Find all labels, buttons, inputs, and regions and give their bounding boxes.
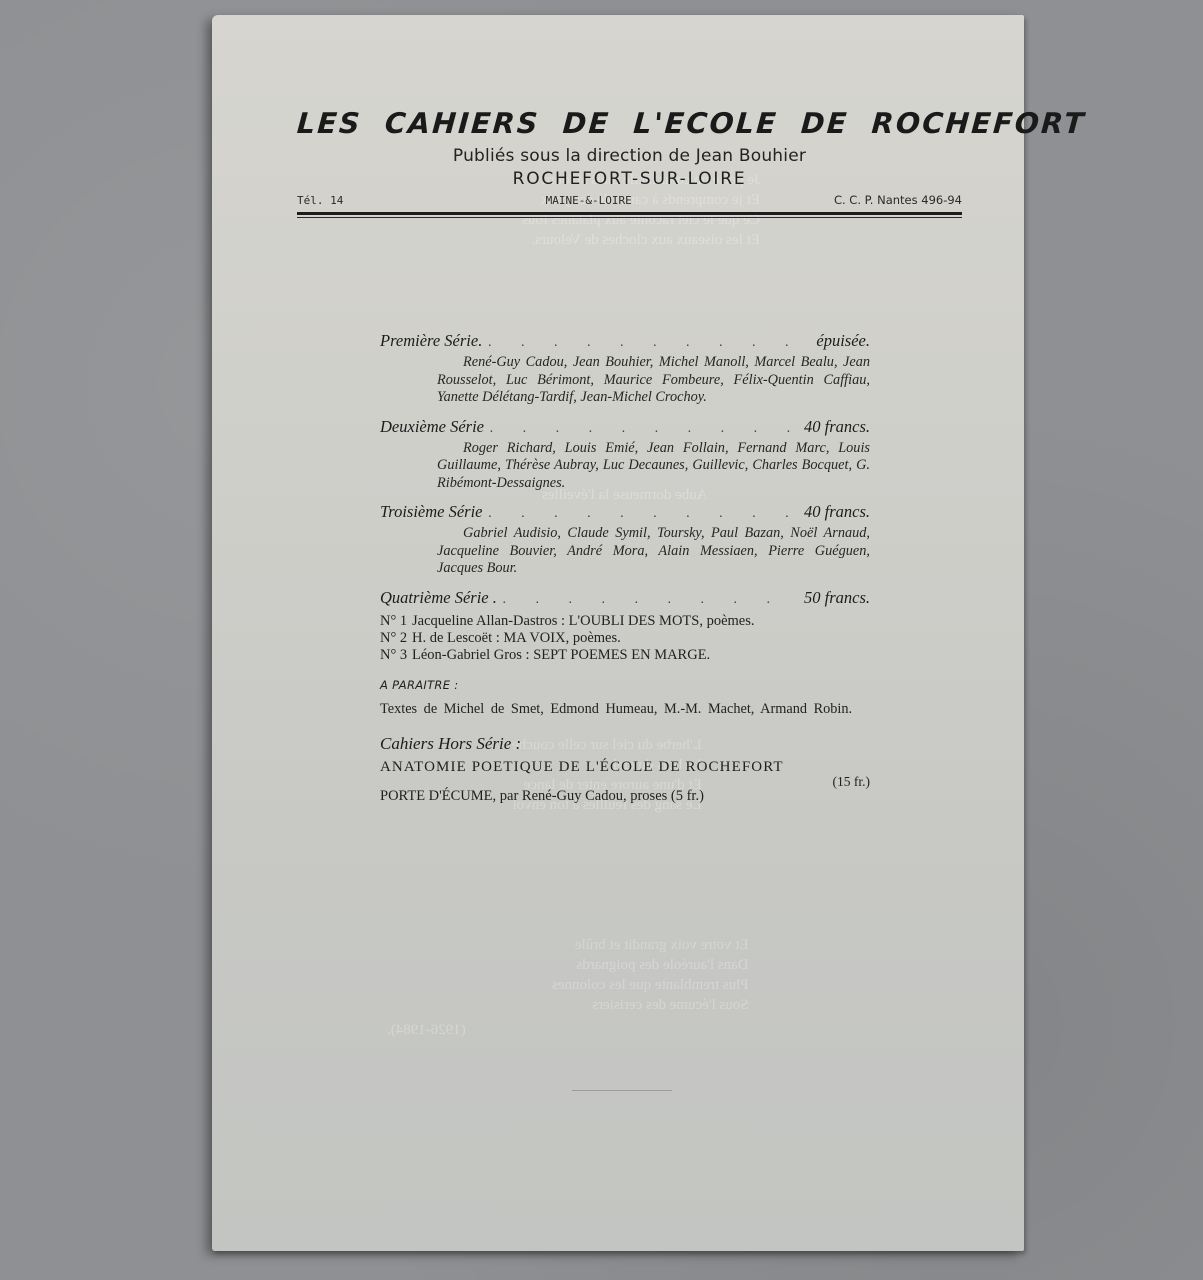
issue-item: N° 1 Jacqueline Allan-Dastros : L'OUBLI … — [380, 613, 870, 630]
series-authors: René-Guy Cadou, Jean Bouhier, Michel Man… — [380, 354, 870, 407]
series-price: épuisée. — [816, 331, 870, 351]
issue-item: N° 3 Léon-Gabriel Gros : SEPT POEMES EN … — [380, 647, 870, 664]
hors-serie-heading: Cahiers Hors Série : — [380, 734, 870, 754]
series-heading: Deuxième Série . . . . . . . . . . . . .… — [380, 417, 870, 437]
series-price: 50 francs. — [804, 588, 870, 608]
header-rule-thick — [297, 212, 962, 215]
series-heading: Première Série. . . . . . . . . . . . . … — [380, 331, 870, 351]
hors-serie-price: (15 fr.) — [380, 775, 870, 788]
hors-serie-section: Cahiers Hors Série : ANATOMIE POETIQUE D… — [380, 734, 870, 805]
hors-serie-item: PORTE D'ÉCUME, par René-Guy Cadou, prose… — [380, 788, 870, 805]
series-4: Quatrième Série . . . . . . . . . . . . … — [380, 588, 870, 664]
journal-title: LES CAHIERS DE L'ECOLE DE ROCHEFORT — [296, 107, 963, 140]
series-name: Deuxième Série — [380, 417, 484, 437]
series-name: Première Série. — [380, 331, 482, 351]
issue-number: N° 2 — [380, 630, 412, 647]
header-rule-thin — [297, 217, 962, 218]
upcoming-authors: Textes de Michel de Smet, Edmond Humeau,… — [380, 701, 870, 718]
series-price: 40 francs. — [804, 417, 870, 437]
series-name: Quatrième Série . — [380, 588, 497, 608]
upcoming-section: A PARAITRE : Textes de Michel de Smet, E… — [380, 678, 870, 718]
bleed-through-text: (1926-1984). — [387, 1020, 466, 1040]
leader-dots: . . . . . . . . . . . . . . . . — [489, 506, 798, 522]
issue-text: H. de Lescoët : MA VOIX, poèmes. — [412, 630, 870, 647]
leader-dots: . . . . . . . . . . . . . . . . — [490, 421, 798, 437]
postal-account: C. C. P. Nantes 496-94 — [834, 193, 962, 207]
document-page: Je porte un cœur facile mais si lourdEt … — [212, 15, 1024, 1251]
series-authors: Gabriel Audisio, Claude Symil, Toursky, … — [380, 525, 870, 578]
upcoming-heading: A PARAITRE : — [380, 678, 870, 692]
city-line: ROCHEFORT-SUR-LOIRE — [297, 169, 962, 189]
footer-rule — [572, 1090, 672, 1091]
issue-item: N° 2 H. de Lescoët : MA VOIX, poèmes. — [380, 630, 870, 647]
issue-number: N° 1 — [380, 613, 412, 630]
bleed-through-text: Et votre voix grandit et brûleDans l'aur… — [552, 935, 749, 1015]
hors-serie-item: ANATOMIE POETIQUE DE L'ÉCOLE DE ROCHEFOR… — [380, 759, 870, 776]
series-1: Première Série. . . . . . . . . . . . . … — [380, 331, 870, 407]
issue-text: Jacqueline Allan-Dastros : L'OUBLI DES M… — [412, 613, 870, 630]
series-heading: Troisième Série . . . . . . . . . . . . … — [380, 502, 870, 522]
masthead: LES CAHIERS DE L'ECOLE DE ROCHEFORT Publ… — [297, 107, 962, 218]
editor-line: Publiés sous la direction de Jean Bouhie… — [297, 146, 962, 166]
series-2: Deuxième Série . . . . . . . . . . . . .… — [380, 417, 870, 493]
series-heading: Quatrième Série . . . . . . . . . . . . … — [380, 588, 870, 608]
issue-list: N° 1 Jacqueline Allan-Dastros : L'OUBLI … — [380, 613, 870, 664]
catalog-content: Première Série. . . . . . . . . . . . . … — [380, 331, 870, 805]
leader-dots: . . . . . . . . . . . . . . . . — [503, 592, 798, 608]
region: MAINE-&-LOIRE — [546, 194, 632, 207]
leader-dots: . . . . . . . . . . . . . . . . — [488, 335, 810, 351]
series-name: Troisième Série — [380, 502, 483, 522]
series-price: 40 francs. — [804, 502, 870, 522]
phone-number: Tél. 14 — [297, 194, 343, 207]
series-3: Troisième Série . . . . . . . . . . . . … — [380, 502, 870, 578]
series-authors: Roger Richard, Louis Emié, Jean Follain,… — [380, 440, 870, 493]
issue-text: Léon-Gabriel Gros : SEPT POEMES EN MARGE… — [412, 647, 870, 664]
contact-row: Tél. 14 MAINE-&-LOIRE C. C. P. Nantes 49… — [297, 193, 962, 207]
issue-number: N° 3 — [380, 647, 412, 664]
